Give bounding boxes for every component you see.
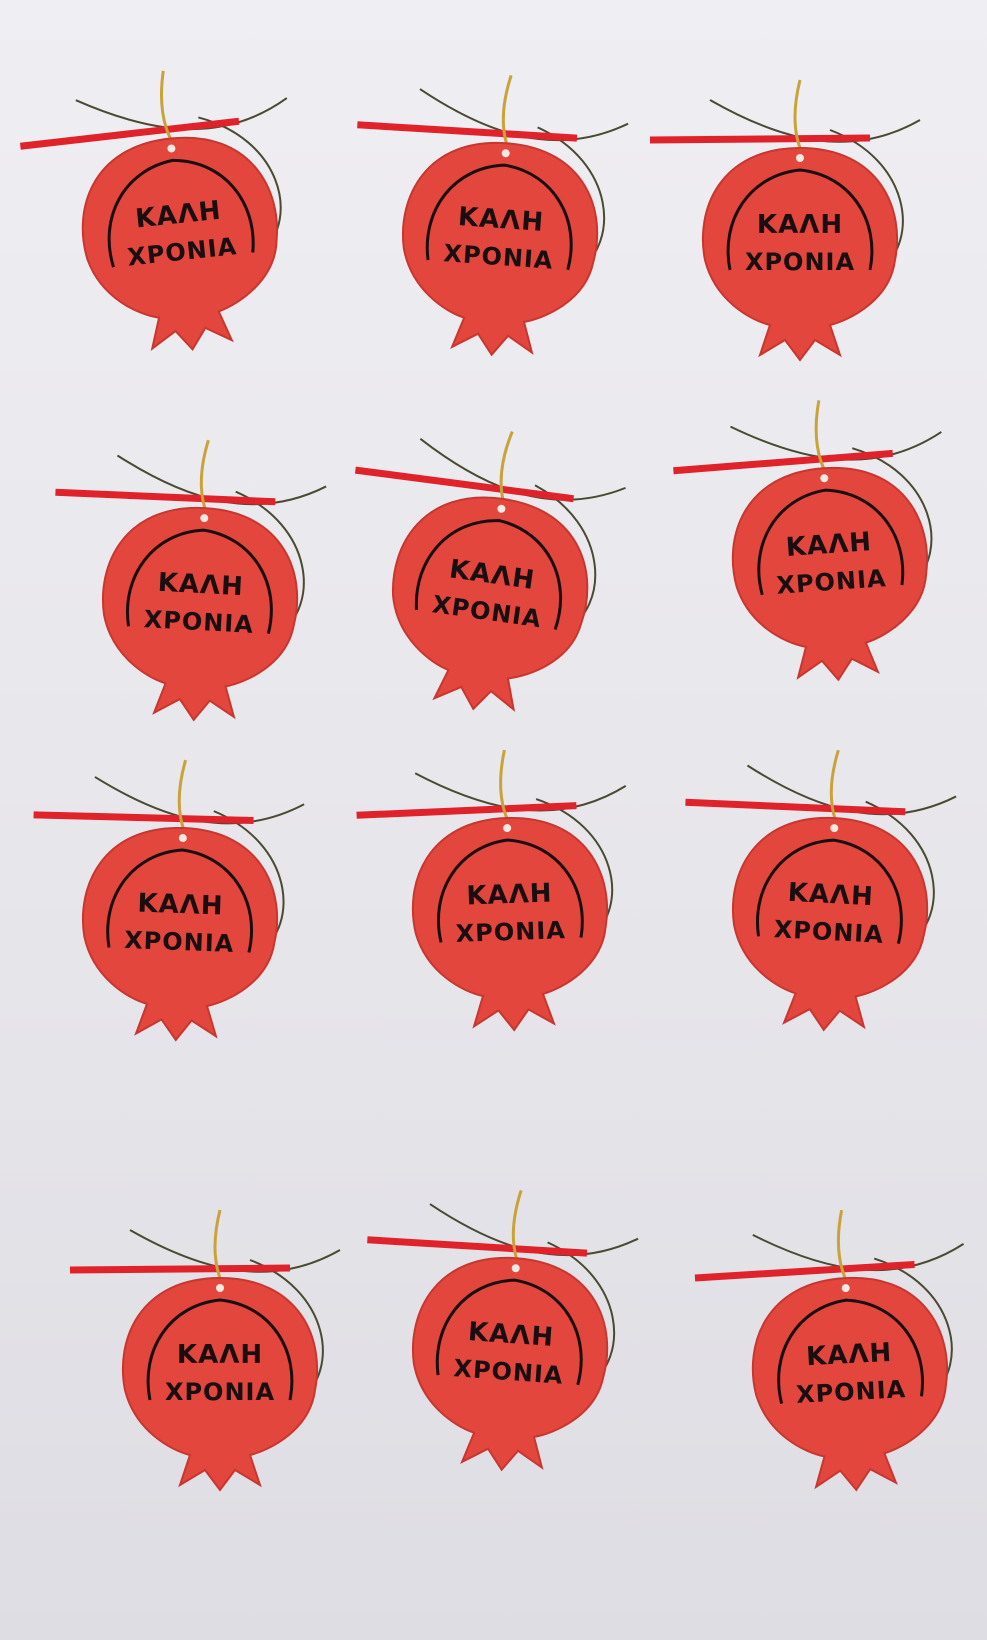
ornament-shape — [110, 1250, 330, 1490]
pomegranate-ornament: ΚΑΛΗ ΧΡΟΝΙΑ — [58, 99, 302, 361]
pomegranate-ornament: ΚΑΛΗ ΧΡΟΝΙΑ — [734, 1244, 966, 1495]
pomegranate-ornament: ΚΑΛΗ ΧΡΟΝΙΑ — [396, 786, 624, 1034]
greeting-line-2: ΧΡΟΝΙΑ — [110, 1378, 330, 1406]
ornament-photo: ΚΑΛΗ ΧΡΟΝΙΑ ΚΑΛΗ ΧΡΟΝΙΑ ΚΑΛΗ ΧΡΟΝΙΑ ΚΑΛΗ — [0, 0, 987, 1640]
pomegranate-ornament: ΚΑΛΗ ΧΡΟΝΙΑ — [110, 1250, 330, 1490]
pomegranate-ornament: ΚΑΛΗ ΧΡΟΝΙΑ — [392, 1223, 628, 1478]
pomegranate-ornament: ΚΑΛΗ ΧΡΟΝΙΑ — [364, 456, 615, 724]
pomegranate-ornament: ΚΑΛΗ ΧΡΟΝΙΑ — [382, 108, 618, 363]
greeting-line-1: ΚΑΛΗ — [110, 1340, 330, 1370]
greeting-line-1: ΚΑΛΗ — [690, 210, 910, 240]
greeting-line-2: ΧΡΟΝΙΑ — [690, 248, 910, 276]
pomegranate-ornament: ΚΑΛΗ ΧΡΟΝΙΑ — [690, 120, 910, 360]
pomegranate-ornament: ΚΑΛΗ ΧΡΟΝΙΑ — [712, 433, 948, 688]
pomegranate-ornament: ΚΑΛΗ ΧΡΟΝΙΑ — [66, 796, 294, 1044]
pomegranate-ornament: ΚΑΛΗ ΧΡΟΝΙΑ — [84, 474, 316, 725]
ornament-shape — [690, 120, 910, 360]
pomegranate-ornament: ΚΑΛΗ ΧΡΟΝΙΑ — [714, 784, 946, 1035]
